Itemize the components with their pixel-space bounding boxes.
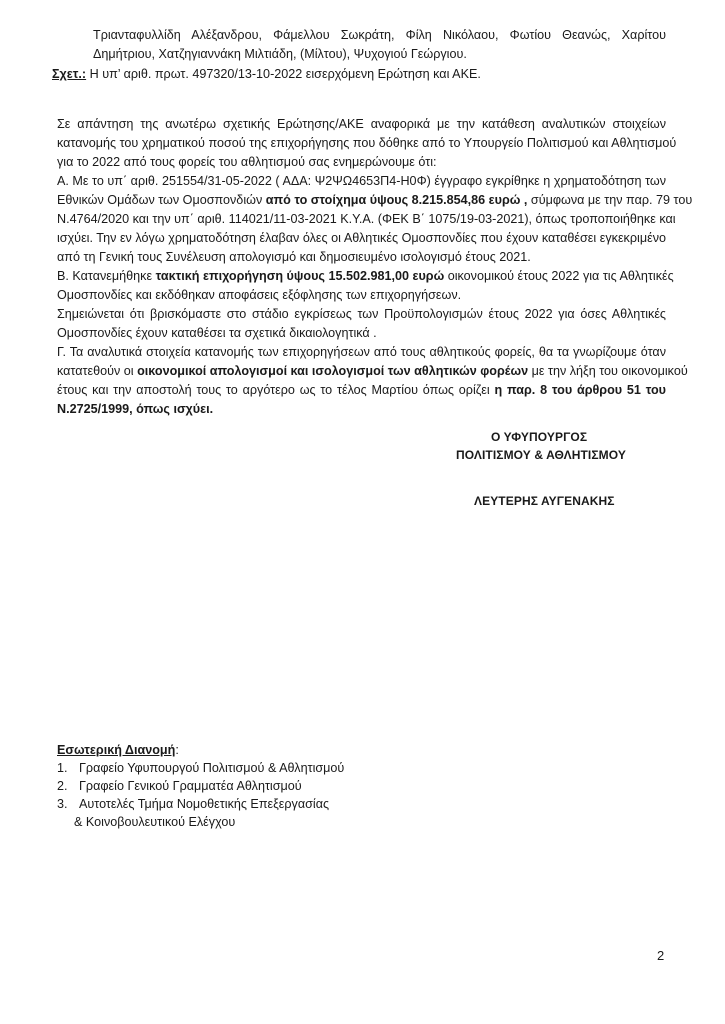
para-a-line-4: ισχύει. Την εν λόγω χρηματοδότηση έλαβαν… — [57, 229, 666, 248]
para-a-text: Εθνικών Ομάδων των Ομοσπονδιών — [57, 193, 266, 207]
para-b-line-2: Ομοσπονδίες και εκδόθηκαν αποφάσεις εξόφ… — [57, 286, 666, 305]
intro-line-1: Σε απάντηση της ανωτέρω σχετικής Ερώτηση… — [57, 115, 666, 134]
para-a-line-2: Εθνικών Ομάδων των Ομοσπονδιών από το στ… — [57, 191, 666, 210]
para-a-line-1: Α. Με το υπ΄ αριθ. 251554/31-05-2022 ( Α… — [57, 172, 666, 191]
distribution-heading: Εσωτερική Διανομή: — [57, 741, 179, 760]
para-c-bold-text: οικονομικοί απολογισμοί και ισολογισμοί … — [137, 364, 528, 378]
distribution-item-text: Αυτοτελές Τμήμα Νομοθετικής Επεξεργασίας — [79, 797, 329, 811]
para-c-text: κατατεθούν οι — [57, 364, 137, 378]
para-b-text: οικονομικού έτους 2022 για τις Αθλητικές — [444, 269, 673, 283]
distribution-heading-colon: : — [175, 743, 179, 757]
distribution-item-number: 1. — [57, 759, 79, 778]
para-c-bold-text: Ν.2725/1999, όπως ισχύει. — [57, 402, 213, 416]
page-number: 2 — [657, 948, 664, 963]
signature-title-2: ΠΟΛΙΤΙΣΜΟΥ & ΑΘΛΗΤΙΣΜΟΥ — [456, 448, 626, 462]
subject-line: Σχετ.: Η υπ’ αριθ. πρωτ. 497320/13-10-20… — [52, 65, 661, 84]
para-b-line-4: Ομοσπονδίες έχουν καταθέσει τα σχετικά δ… — [57, 324, 666, 343]
distribution-item: 2.Γραφείο Γενικού Γραμματέα Αθλητισμού — [57, 777, 302, 796]
distribution-item-number: 2. — [57, 777, 79, 796]
signature-name: ΛΕΥΤΕΡΗΣ ΑΥΓΕΝΑΚΗΣ — [474, 494, 615, 508]
para-b-line-3: Σημειώνεται ότι βρισκόμαστε στο στάδιο ε… — [57, 305, 666, 324]
para-c-text: με την λήξη του οικονομικού — [528, 364, 688, 378]
distribution-heading-text: Εσωτερική Διανομή — [57, 743, 175, 757]
para-b-line-1: Β. Κατανεμήθηκε τακτική επιχορήγηση ύψου… — [57, 267, 666, 286]
para-b-text: Β. Κατανεμήθηκε — [57, 269, 156, 283]
subject-label: Σχετ.: — [52, 67, 86, 81]
para-a-amount: από το στοίχημα ύψους 8.215.854,86 ευρώ … — [266, 193, 528, 207]
para-a-line-5: από τη Γενική τους Συνέλευση απολογισμό … — [57, 248, 666, 267]
para-b-amount: τακτική επιχορήγηση ύψους 15.502.981,00 … — [156, 269, 445, 283]
distribution-item: 3.Αυτοτελές Τμήμα Νομοθετικής Επεξεργασί… — [57, 795, 329, 814]
para-a-text: σύμφωνα με την παρ. 79 του — [527, 193, 692, 207]
para-c-line-2: κατατεθούν οι οικονομικοί απολογισμοί κα… — [57, 362, 666, 381]
para-c-line-1: Γ. Τα αναλυτικά στοιχεία κατανομής των ε… — [57, 343, 666, 362]
distribution-item-continuation: & Κοινοβουλευτικού Ελέγχου — [74, 813, 235, 832]
intro-line-2: κατανομής του χρηματικού ποσού της επιχο… — [57, 134, 666, 153]
para-a-line-3: Ν.4764/2020 και την υπ΄ αριθ. 114021/11-… — [57, 210, 666, 229]
para-c-text: έτους και την αποστολή τους το αργότερο … — [57, 383, 495, 397]
para-c-bold-text: η παρ. 8 του άρθρου 51 του — [495, 383, 667, 397]
intro-line-3: για το 2022 από τους φορείς του αθλητισμ… — [57, 153, 666, 172]
distribution-item-text: Γραφείο Υφυπουργού Πολιτισμού & Αθλητισμ… — [79, 761, 344, 775]
recipients-line-1: Τριανταφυλλίδη Αλέξανδρου, Φάμελλου Σωκρ… — [93, 26, 666, 45]
document-page: Τριανταφυλλίδη Αλέξανδρου, Φάμελλου Σωκρ… — [0, 0, 725, 1024]
subject-text: Η υπ’ αριθ. πρωτ. 497320/13-10-2022 εισε… — [86, 67, 481, 81]
distribution-item-number: 3. — [57, 795, 79, 814]
distribution-item: 1.Γραφείο Υφυπουργού Πολιτισμού & Αθλητι… — [57, 759, 344, 778]
signature-title-1: Ο ΥΦΥΠΟΥΡΓΟΣ — [491, 430, 587, 444]
recipients-line-2: Δημήτριου, Χατζηγιαννάκη Μιλτιάδη, (Μίλτ… — [93, 45, 666, 64]
distribution-item-text: Γραφείο Γενικού Γραμματέα Αθλητισμού — [79, 779, 302, 793]
para-c-line-4: Ν.2725/1999, όπως ισχύει. — [57, 400, 666, 419]
para-c-line-3: έτους και την αποστολή τους το αργότερο … — [57, 381, 666, 400]
